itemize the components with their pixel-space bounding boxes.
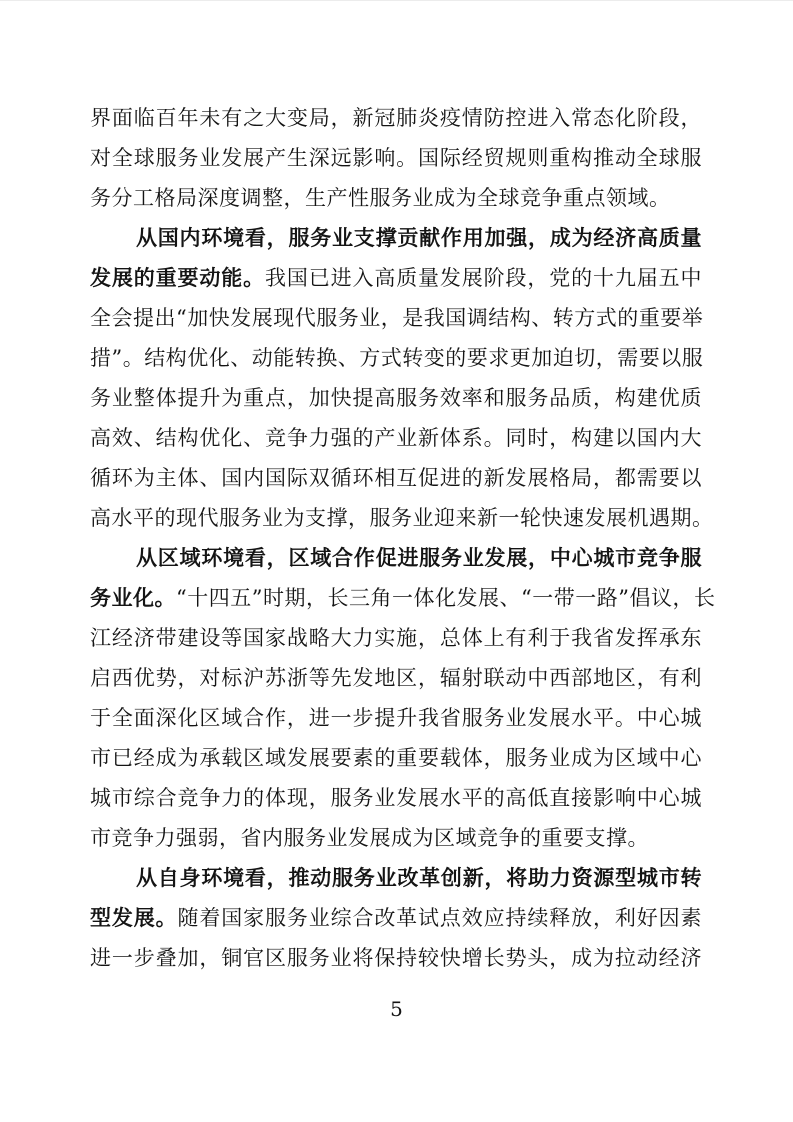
text-line: 务业整体提升为重点，加快提高服务效率和服务品质，构建优质 — [90, 378, 702, 418]
text-line: 进一步叠加，铜官区服务业将保持较快增长势头，成为拉动经济 — [90, 938, 702, 978]
text-line: 型发展。随着国家服务业综合改革试点效应持续释放，利好因素 — [90, 898, 702, 938]
bold-text-segment: 发展的重要动能。 — [90, 266, 265, 290]
text-segment: 循环为主体、国内国际双循环相互促进的新发展格局，都需要以 — [90, 466, 702, 490]
text-segment: 江经济带建设等国家战略大力实施，总体上有利于我省发挥承东 — [90, 626, 702, 650]
page-footer: 5 — [0, 997, 793, 1021]
bold-text-segment: 从自身环境看，推动服务业改革创新，将助力资源型城市转 — [136, 866, 702, 890]
text-line: 务业化。“十四五”时期，长三角一体化发展、“一带一路”倡议，长 — [90, 578, 702, 618]
text-segment: 启西优势，对标沪苏浙等先发地区，辐射联动中西部地区，有利 — [90, 666, 702, 690]
text-segment: 对全球服务业发展产生深远影响。国际经贸规则重构推动全球服 — [90, 146, 702, 170]
text-segment: 高水平的现代服务业为支撑，服务业迎来新一轮快速发展机遇期。 — [90, 506, 714, 530]
text-segment: 我国已进入高质量发展阶段，党的十九届五中 — [265, 266, 702, 290]
text-line: 从国内环境看，服务业支撑贡献作用加强，成为经济高质量 — [90, 218, 702, 258]
text-line: 江经济带建设等国家战略大力实施，总体上有利于我省发挥承东 — [90, 618, 702, 658]
text-segment: 城市综合竞争力的体现，服务业发展水平的高低直接影响中心城 — [90, 786, 702, 810]
text-line: 务分工格局深度调整，生产性服务业成为全球竞争重点领域。 — [90, 178, 702, 218]
text-line: 循环为主体、国内国际双循环相互促进的新发展格局，都需要以 — [90, 458, 702, 498]
text-segment: 务业整体提升为重点，加快提高服务效率和服务品质，构建优质 — [90, 386, 702, 410]
text-segment: 界面临百年未有之大变局，新冠肺炎疫情防控进入常态化阶段， — [90, 106, 702, 130]
text-line: 市竞争力强弱，省内服务业发展成为区域竞争的重要支撑。 — [90, 818, 702, 858]
page-number: 5 — [390, 997, 403, 1021]
text-segment: 进一步叠加，铜官区服务业将保持较快增长势头，成为拉动经济 — [90, 946, 702, 970]
page-top-edge-line — [0, 0, 793, 1]
bold-text-segment: 型发展。 — [90, 906, 177, 930]
body-text-block: 界面临百年未有之大变局，新冠肺炎疫情防控进入常态化阶段，对全球服务业发展产生深远… — [90, 98, 702, 978]
text-segment: 于全面深化区域合作，进一步提升我省服务业发展水平。中心城 — [90, 706, 702, 730]
text-line: 高效、结构优化、竞争力强的产业新体系。同时，构建以国内大 — [90, 418, 702, 458]
text-line: 界面临百年未有之大变局，新冠肺炎疫情防控进入常态化阶段， — [90, 98, 702, 138]
text-segment: 全会提出“加快发展现代服务业，是我国调结构、转方式的重要举 — [90, 306, 703, 330]
text-line: 市已经成为承载区域发展要素的重要载体，服务业成为区域中心 — [90, 738, 702, 778]
text-line: 对全球服务业发展产生深远影响。国际经贸规则重构推动全球服 — [90, 138, 702, 178]
text-line: 启西优势，对标沪苏浙等先发地区，辐射联动中西部地区，有利 — [90, 658, 702, 698]
text-segment: 措”。结构优化、动能转换、方式转变的要求更加迫切，需要以服 — [90, 346, 703, 370]
document-page: 界面临百年未有之大变局，新冠肺炎疫情防控进入常态化阶段，对全球服务业发展产生深远… — [0, 0, 793, 1122]
text-segment: 随着国家服务业综合改革试点效应持续释放，利好因素 — [177, 906, 702, 930]
text-line: 措”。结构优化、动能转换、方式转变的要求更加迫切，需要以服 — [90, 338, 702, 378]
text-line: 于全面深化区域合作，进一步提升我省服务业发展水平。中心城 — [90, 698, 702, 738]
bold-text-segment: 从国内环境看，服务业支撑贡献作用加强，成为经济高质量 — [136, 226, 702, 250]
text-line: 从区域环境看，区域合作促进服务业发展，中心城市竞争服 — [90, 538, 702, 578]
text-segment: 市已经成为承载区域发展要素的重要载体，服务业成为区域中心 — [90, 746, 702, 770]
text-line: 从自身环境看，推动服务业改革创新，将助力资源型城市转 — [90, 858, 702, 898]
text-segment: 务分工格局深度调整，生产性服务业成为全球竞争重点领域。 — [90, 186, 671, 210]
text-segment: “十四五”时期，长三角一体化发展、“一带一路”倡议，长 — [176, 586, 715, 610]
text-segment: 市竞争力强弱，省内服务业发展成为区域竞争的重要支撑。 — [90, 826, 649, 850]
text-line: 高水平的现代服务业为支撑，服务业迎来新一轮快速发展机遇期。 — [90, 498, 702, 538]
bold-text-segment: 务业化。 — [90, 586, 176, 610]
text-segment: 高效、结构优化、竞争力强的产业新体系。同时，构建以国内大 — [90, 426, 702, 450]
text-line: 全会提出“加快发展现代服务业，是我国调结构、转方式的重要举 — [90, 298, 702, 338]
text-line: 发展的重要动能。我国已进入高质量发展阶段，党的十九届五中 — [90, 258, 702, 298]
text-line: 城市综合竞争力的体现，服务业发展水平的高低直接影响中心城 — [90, 778, 702, 818]
bold-text-segment: 从区域环境看，区域合作促进服务业发展，中心城市竞争服 — [136, 546, 702, 570]
